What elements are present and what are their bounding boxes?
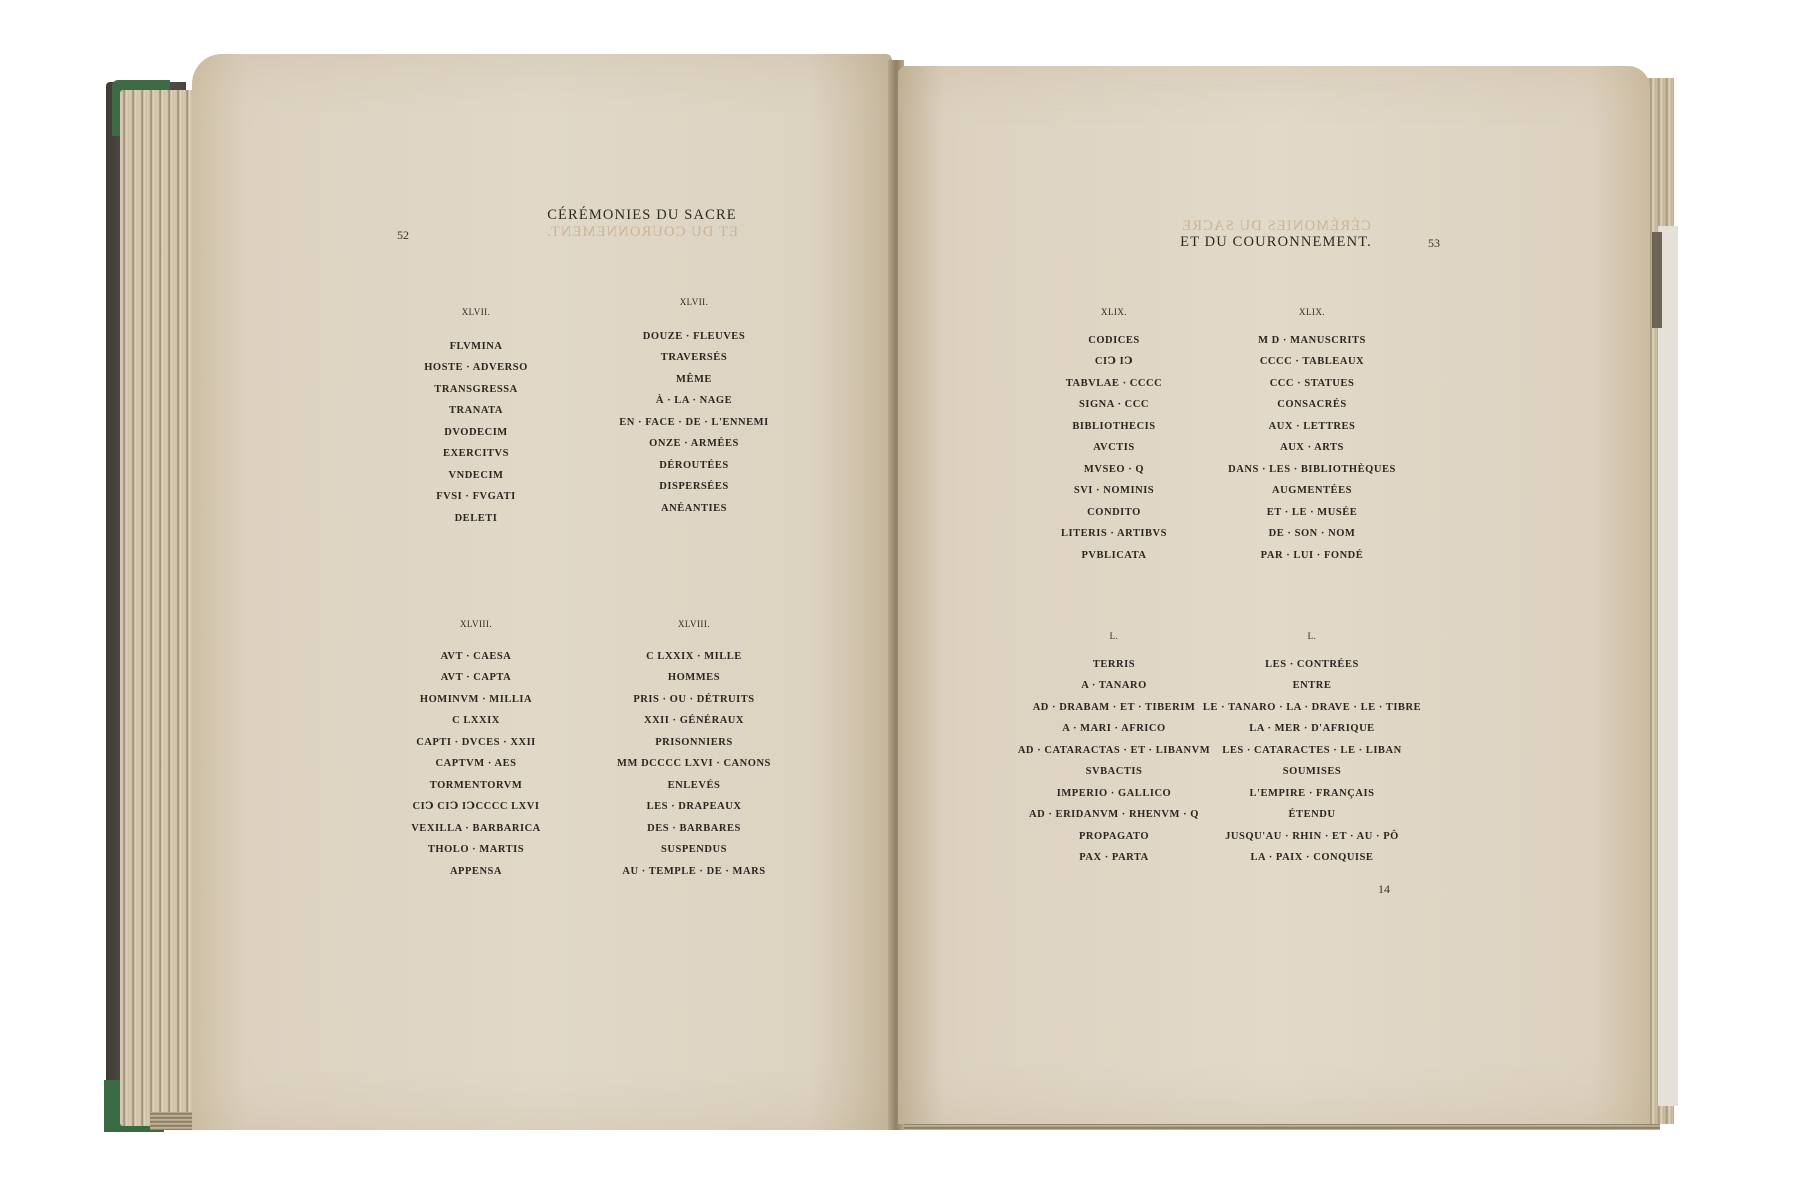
inscription-line: SUSPENDUS [544,839,844,861]
running-head: ET DU COURONNEMENT. [1126,234,1426,251]
page-edges-left [120,90,200,1126]
inscription-line: XXII · GÉNÉRAUX [544,710,844,732]
left-page: 52 CÉRÉMONIES DU SACRE ET DU COURONNEMEN… [192,54,892,1130]
inscription-line: LES · CATARACTES · LE · LIBAN [1162,740,1462,762]
inscription-line: ANÉANTIES [544,498,844,520]
inscription-line: LA · MER · D'AFRIQUE [1162,718,1462,740]
inscription-line: À · LA · NAGE [544,390,844,412]
inscription-line: HOMMES [544,667,844,689]
inscription-block: XLVIII. C LXXIX · MILLE HOMMES PRIS · OU… [544,614,844,882]
inscription-line: ENLEVÉS [544,775,844,797]
inscription-line: AU · TEMPLE · DE · MARS [544,861,844,883]
inscription-line: EN · FACE · DE · L'ENNEMI [544,412,844,434]
inscription-line: LES · CONTRÉES [1162,654,1462,676]
inscription-line: DOUZE · FLEUVES [544,326,844,348]
inscription-line: AUX · LETTRES [1162,416,1462,438]
right-page: CÉRÉMONIES DU SACRE ET DU COURONNEMENT. … [898,66,1650,1124]
inscription-line: M D · MANUSCRITS [1162,330,1462,352]
inscription-block: L. LES · CONTRÉES ENTRE LE · TANARO · LA… [1162,626,1462,869]
inscription-line: MM DCCCC LXVI · CANONS [544,753,844,775]
inscription-line: LES · DRAPEAUX [544,796,844,818]
inscription-line: LE · TANARO · LA · DRAVE · LE · TIBRE [1162,697,1462,719]
inscription-line: DISPERSÉES [544,476,844,498]
inscription-line: C LXXIX · MILLE [544,646,844,668]
page-number: 52 [397,228,409,243]
inscription-line: ENTRE [1162,675,1462,697]
inscription-line: ET · LE · MUSÉE [1162,502,1462,524]
inscription-line: LA · PAIX · CONQUISE [1162,847,1462,869]
block-heading: XLIX. [1162,302,1462,324]
inscription-line: PRISONNIERS [544,732,844,754]
paper-tab [1658,226,1678,1106]
show-through-text: CÉRÉMONIES DU SACRE [1126,218,1426,235]
inscription-line: DANS · LES · BIBLIOTHÈQUES [1162,459,1462,481]
inscription-line: CCCC · TABLEAUX [1162,351,1462,373]
show-through-text: ET DU COURONNEMENT. [492,224,792,241]
inscription-line: AUGMENTÉES [1162,480,1462,502]
inscription-line: DÉROUTÉES [544,455,844,477]
inscription-line: ÉTENDU [1162,804,1462,826]
paper-tab-shadow [1652,232,1662,328]
inscription-line: JUSQU'AU · RHIN · ET · AU · PÔ [1162,826,1462,848]
inscription-line: PAR · LUI · FONDÉ [1162,545,1462,567]
inscription-line: AUX · ARTS [1162,437,1462,459]
block-heading: XLVII. [544,292,844,314]
inscription-line: SOUMISES [1162,761,1462,783]
inscription-block: XLVII. DOUZE · FLEUVES TRAVERSÉS MÊME À … [544,292,844,519]
block-heading: L. [1162,626,1462,648]
inscription-line: CONSACRÉS [1162,394,1462,416]
block-heading: XLVIII. [544,614,844,636]
inscription-line: CCC · STATUES [1162,373,1462,395]
inscription-line: MÊME [544,369,844,391]
inscription-line: PRIS · OU · DÉTRUITS [544,689,844,711]
inscription-line: DE · SON · NOM [1162,523,1462,545]
inscription-line: L'EMPIRE · FRANÇAIS [1162,783,1462,805]
inscription-line: TRAVERSÉS [544,347,844,369]
inscription-block: XLIX. M D · MANUSCRITS CCCC · TABLEAUX C… [1162,302,1462,566]
page-number: 53 [1428,236,1440,251]
open-book: 52 CÉRÉMONIES DU SACRE ET DU COURONNEMEN… [0,0,1800,1198]
signature-mark: 14 [1378,882,1390,897]
running-head: CÉRÉMONIES DU SACRE [492,207,792,224]
inscription-line: DES · BARBARES [544,818,844,840]
inscription-line: ONZE · ARMÉES [544,433,844,455]
